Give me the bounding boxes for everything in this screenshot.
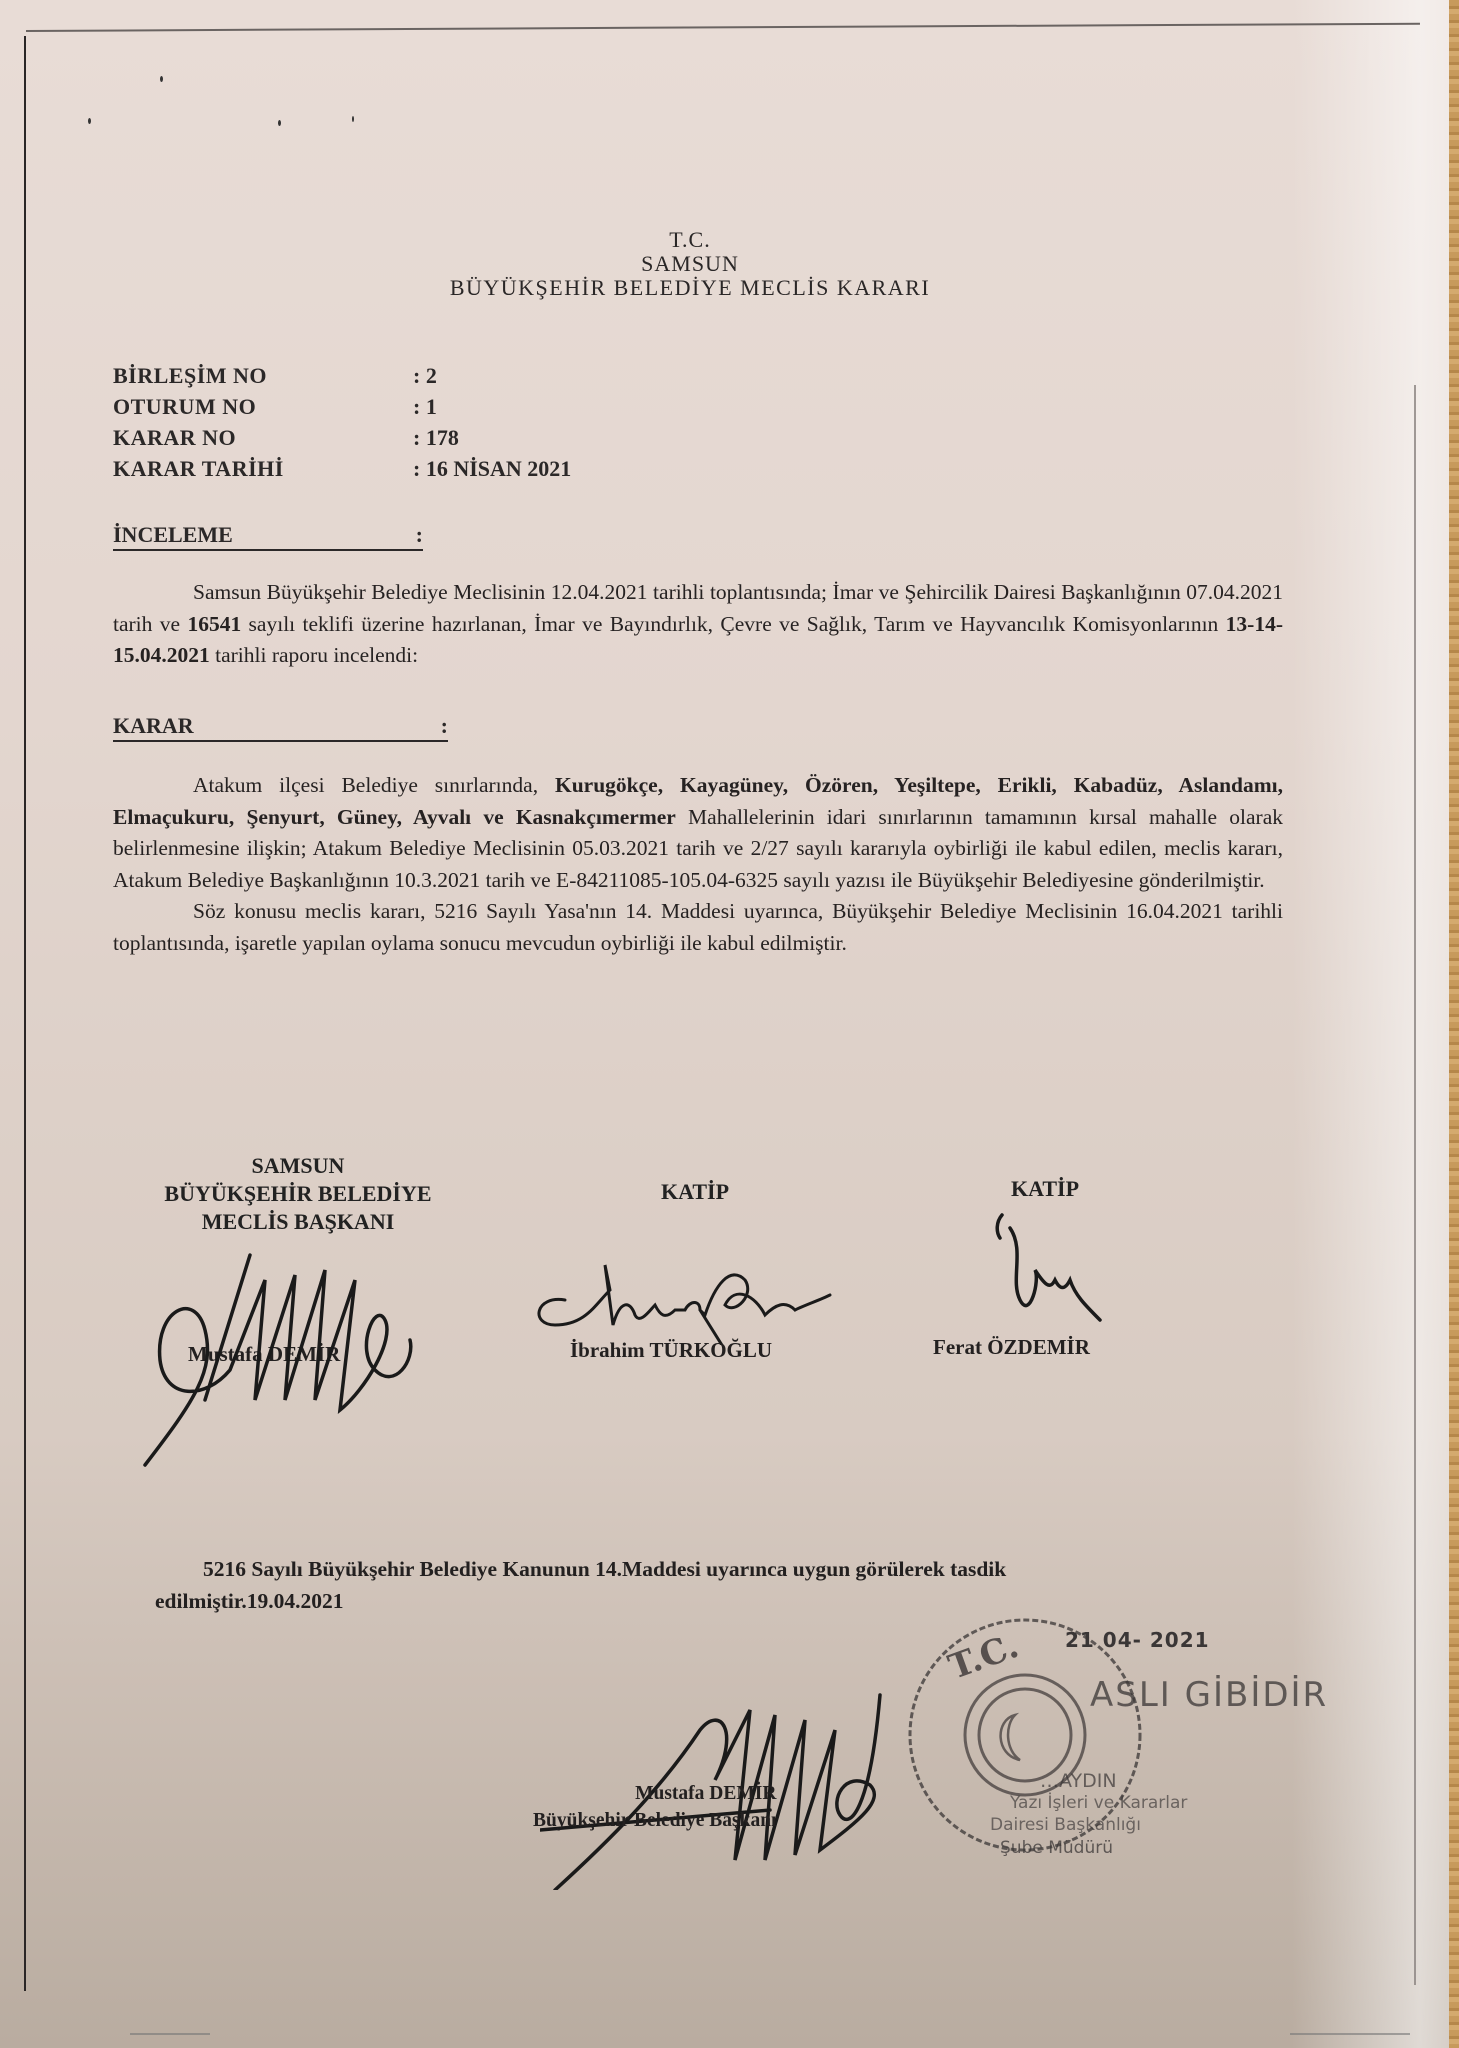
- proposal-number: 16541: [187, 612, 241, 636]
- section-karar: KARAR :: [113, 713, 448, 742]
- mayor-title: Büyükşehir Belediye Başkanı: [533, 1807, 776, 1834]
- scan-speck: [160, 76, 163, 82]
- meta-value: : 178: [413, 422, 459, 453]
- signature-title: SAMSUN: [128, 1152, 468, 1180]
- meta-label: KARAR NO: [113, 422, 413, 453]
- footer-mark: [1290, 2033, 1410, 2035]
- meta-row: KARAR TARİHİ : 16 NİSAN 2021: [113, 453, 571, 484]
- page-border-right: [1414, 385, 1416, 1985]
- mayor-block: Mustafa DEMİR Büyükşehir Belediye Başkan…: [533, 1780, 776, 1834]
- text-run: sayılı teklifi üzerine hazırlanan, İmar …: [241, 612, 1225, 636]
- handwritten-signature-icon: [135, 1250, 435, 1470]
- signature-title: MECLİS BAŞKANI: [128, 1208, 468, 1236]
- section-colon: :: [416, 522, 423, 548]
- stamp-date: 21 04- 2021: [1065, 1628, 1210, 1652]
- inceleme-text: Samsun Büyükşehir Belediye Meclisinin 12…: [113, 577, 1283, 672]
- meta-row: KARAR NO : 178: [113, 422, 571, 453]
- signature-title: KATİP: [600, 1178, 790, 1206]
- meta-value: : 2: [413, 360, 437, 391]
- decision-meta: BİRLEŞİM NO : 2 OTURUM NO : 1 KARAR NO :…: [113, 360, 571, 484]
- signature-block-president: SAMSUN BÜYÜKŞEHİR BELEDİYE MECLİS BAŞKAN…: [128, 1152, 468, 1236]
- footer-mark: [130, 2033, 210, 2035]
- stamp-line: Şube Müdürü: [1000, 1838, 1113, 1858]
- signatory-name: İbrahim TÜRKOĞLU: [570, 1338, 772, 1363]
- karar-paragraph-2: Söz konusu meclis kararı, 5216 Sayılı Ya…: [113, 896, 1283, 959]
- meta-label: OTURUM NO: [113, 391, 413, 422]
- stamp-line: …AYDIN: [1040, 1770, 1117, 1792]
- meta-value: : 16 NİSAN 2021: [413, 453, 571, 484]
- meta-row: OTURUM NO : 1: [113, 391, 571, 422]
- signature-block-clerk-1: KATİP: [600, 1178, 790, 1206]
- mayor-name: Mustafa DEMİR: [533, 1780, 776, 1807]
- signature-title: KATİP: [960, 1175, 1130, 1203]
- section-label: İNCELEME: [113, 522, 233, 548]
- signature-block-clerk-2: KATİP: [960, 1175, 1130, 1203]
- signatory-name: Ferat ÖZDEMİR: [933, 1335, 1090, 1360]
- header-tc: T.C.: [0, 228, 1380, 252]
- stamp-line: Yazı İşleri ve Kararlar: [1010, 1793, 1187, 1813]
- approval-text: 5216 Sayılı Büyükşehir Belediye Kanunun …: [155, 1553, 1290, 1585]
- handwritten-signature-icon: [525, 1255, 835, 1345]
- document-header: T.C. SAMSUN BÜYÜKŞEHİR BELEDİYE MECLİS K…: [0, 228, 1380, 300]
- scan-speck: [278, 120, 281, 126]
- karar-text: Atakum ilçesi Belediye sınırlarında, Kur…: [113, 770, 1283, 959]
- scan-speck: [352, 116, 354, 122]
- meta-value: : 1: [413, 391, 437, 422]
- section-colon: :: [441, 713, 448, 739]
- section-label: KARAR: [113, 713, 194, 739]
- section-inceleme: İNCELEME :: [113, 522, 423, 551]
- text-run: Atakum ilçesi Belediye sınırlarında,: [193, 773, 555, 797]
- header-title: BÜYÜKŞEHİR BELEDİYE MECLİS KARARI: [0, 276, 1380, 300]
- meta-label: BİRLEŞİM NO: [113, 360, 413, 391]
- text-run: tarihli raporu incelendi:: [210, 643, 418, 667]
- stamp-line: Dairesi Başkanlığı: [990, 1815, 1141, 1835]
- meta-label: KARAR TARİHİ: [113, 453, 413, 484]
- header-city: SAMSUN: [0, 252, 1380, 276]
- page-border-left: [24, 36, 26, 1991]
- meta-row: BİRLEŞİM NO : 2: [113, 360, 571, 391]
- stamp-certified-label: ASLI GİBİDİR: [1090, 1675, 1328, 1715]
- signature-title: BÜYÜKŞEHİR BELEDİYE: [128, 1180, 468, 1208]
- handwritten-signature-icon: [990, 1210, 1130, 1330]
- stamp-tc: T.C.: [943, 1626, 1023, 1688]
- scan-speck: [88, 118, 91, 124]
- desk-edge: [1449, 0, 1459, 2048]
